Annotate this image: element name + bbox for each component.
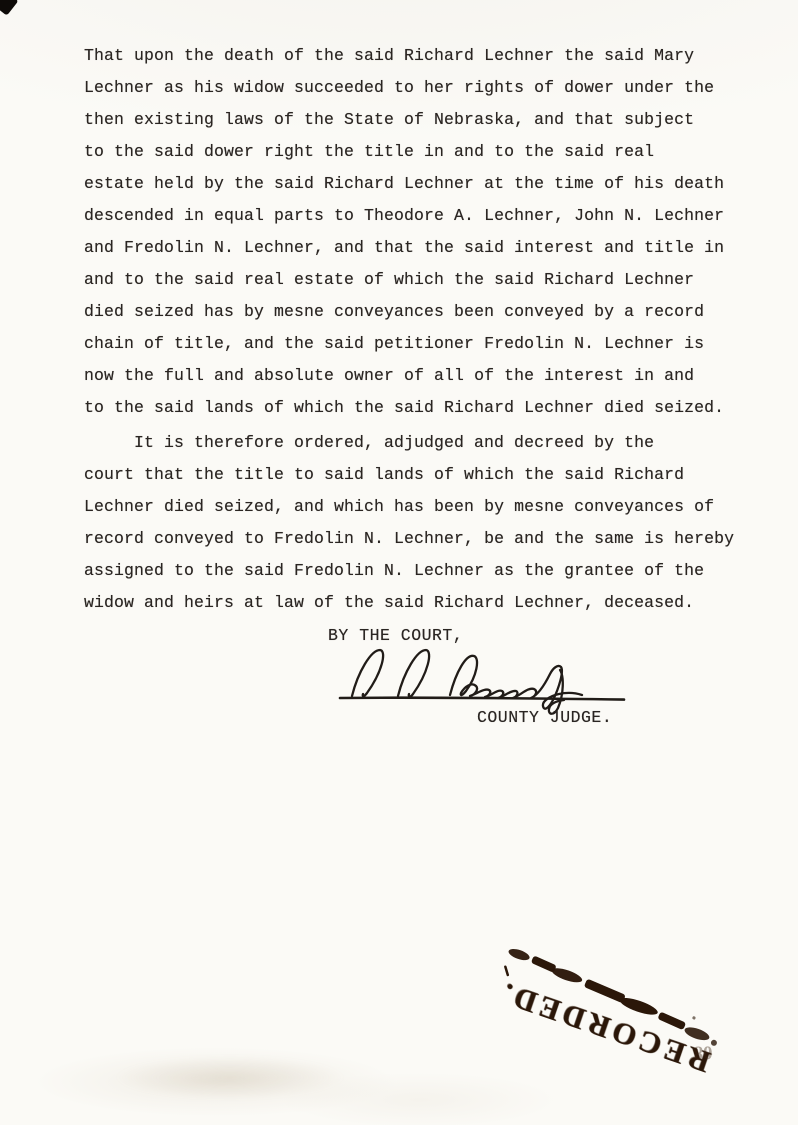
text-line: now the full and absolute owner of all o… (84, 360, 756, 392)
text-line: widow and heirs at law of the said Richa… (84, 587, 756, 619)
scan-smudge (110, 1055, 350, 1100)
text-line: record conveyed to Fredolin N. Lechner, … (84, 523, 756, 555)
text-line: estate held by the said Richard Lechner … (84, 168, 756, 200)
recorded-stamp: RECORDED. 08 (489, 944, 756, 1091)
text-line: Lechner as his widow succeeded to her ri… (84, 72, 756, 104)
text-line: assigned to the said Fredolin N. Lechner… (84, 555, 756, 587)
text-line: descended in equal parts to Theodore A. … (84, 200, 756, 232)
text-line: Lechner died seized, and which has been … (84, 491, 756, 523)
stamp-faint-mark: 08 (693, 1041, 712, 1063)
text-line: chain of title, and the said petitioner … (84, 328, 756, 360)
text-line: It is therefore ordered, adjudged and de… (84, 427, 756, 459)
text-line: died seized has by mesne conveyances bee… (84, 296, 756, 328)
text-line: to the said dower right the title in and… (84, 136, 756, 168)
text-line: and to the said real estate of which the… (84, 264, 756, 296)
paragraph-2: It is therefore ordered, adjudged and de… (84, 427, 756, 619)
document-page: That upon the death of the said Richard … (0, 0, 798, 1125)
paragraph-1: That upon the death of the said Richard … (84, 40, 756, 424)
text-line: and Fredolin N. Lechner, and that the sa… (84, 232, 756, 264)
text-line: to the said lands of which the said Rich… (84, 392, 756, 424)
by-the-court-label: BY THE COURT, (328, 626, 463, 645)
text-line: court that the title to said lands of wh… (84, 459, 756, 491)
county-judge-label: COUNTY JUDGE. (477, 708, 612, 727)
text-line: That upon the death of the said Richard … (84, 40, 756, 72)
document-body: That upon the death of the said Richard … (84, 40, 756, 619)
text-line: then existing laws of the State of Nebra… (84, 104, 756, 136)
scan-corner-artifact (0, 0, 19, 16)
